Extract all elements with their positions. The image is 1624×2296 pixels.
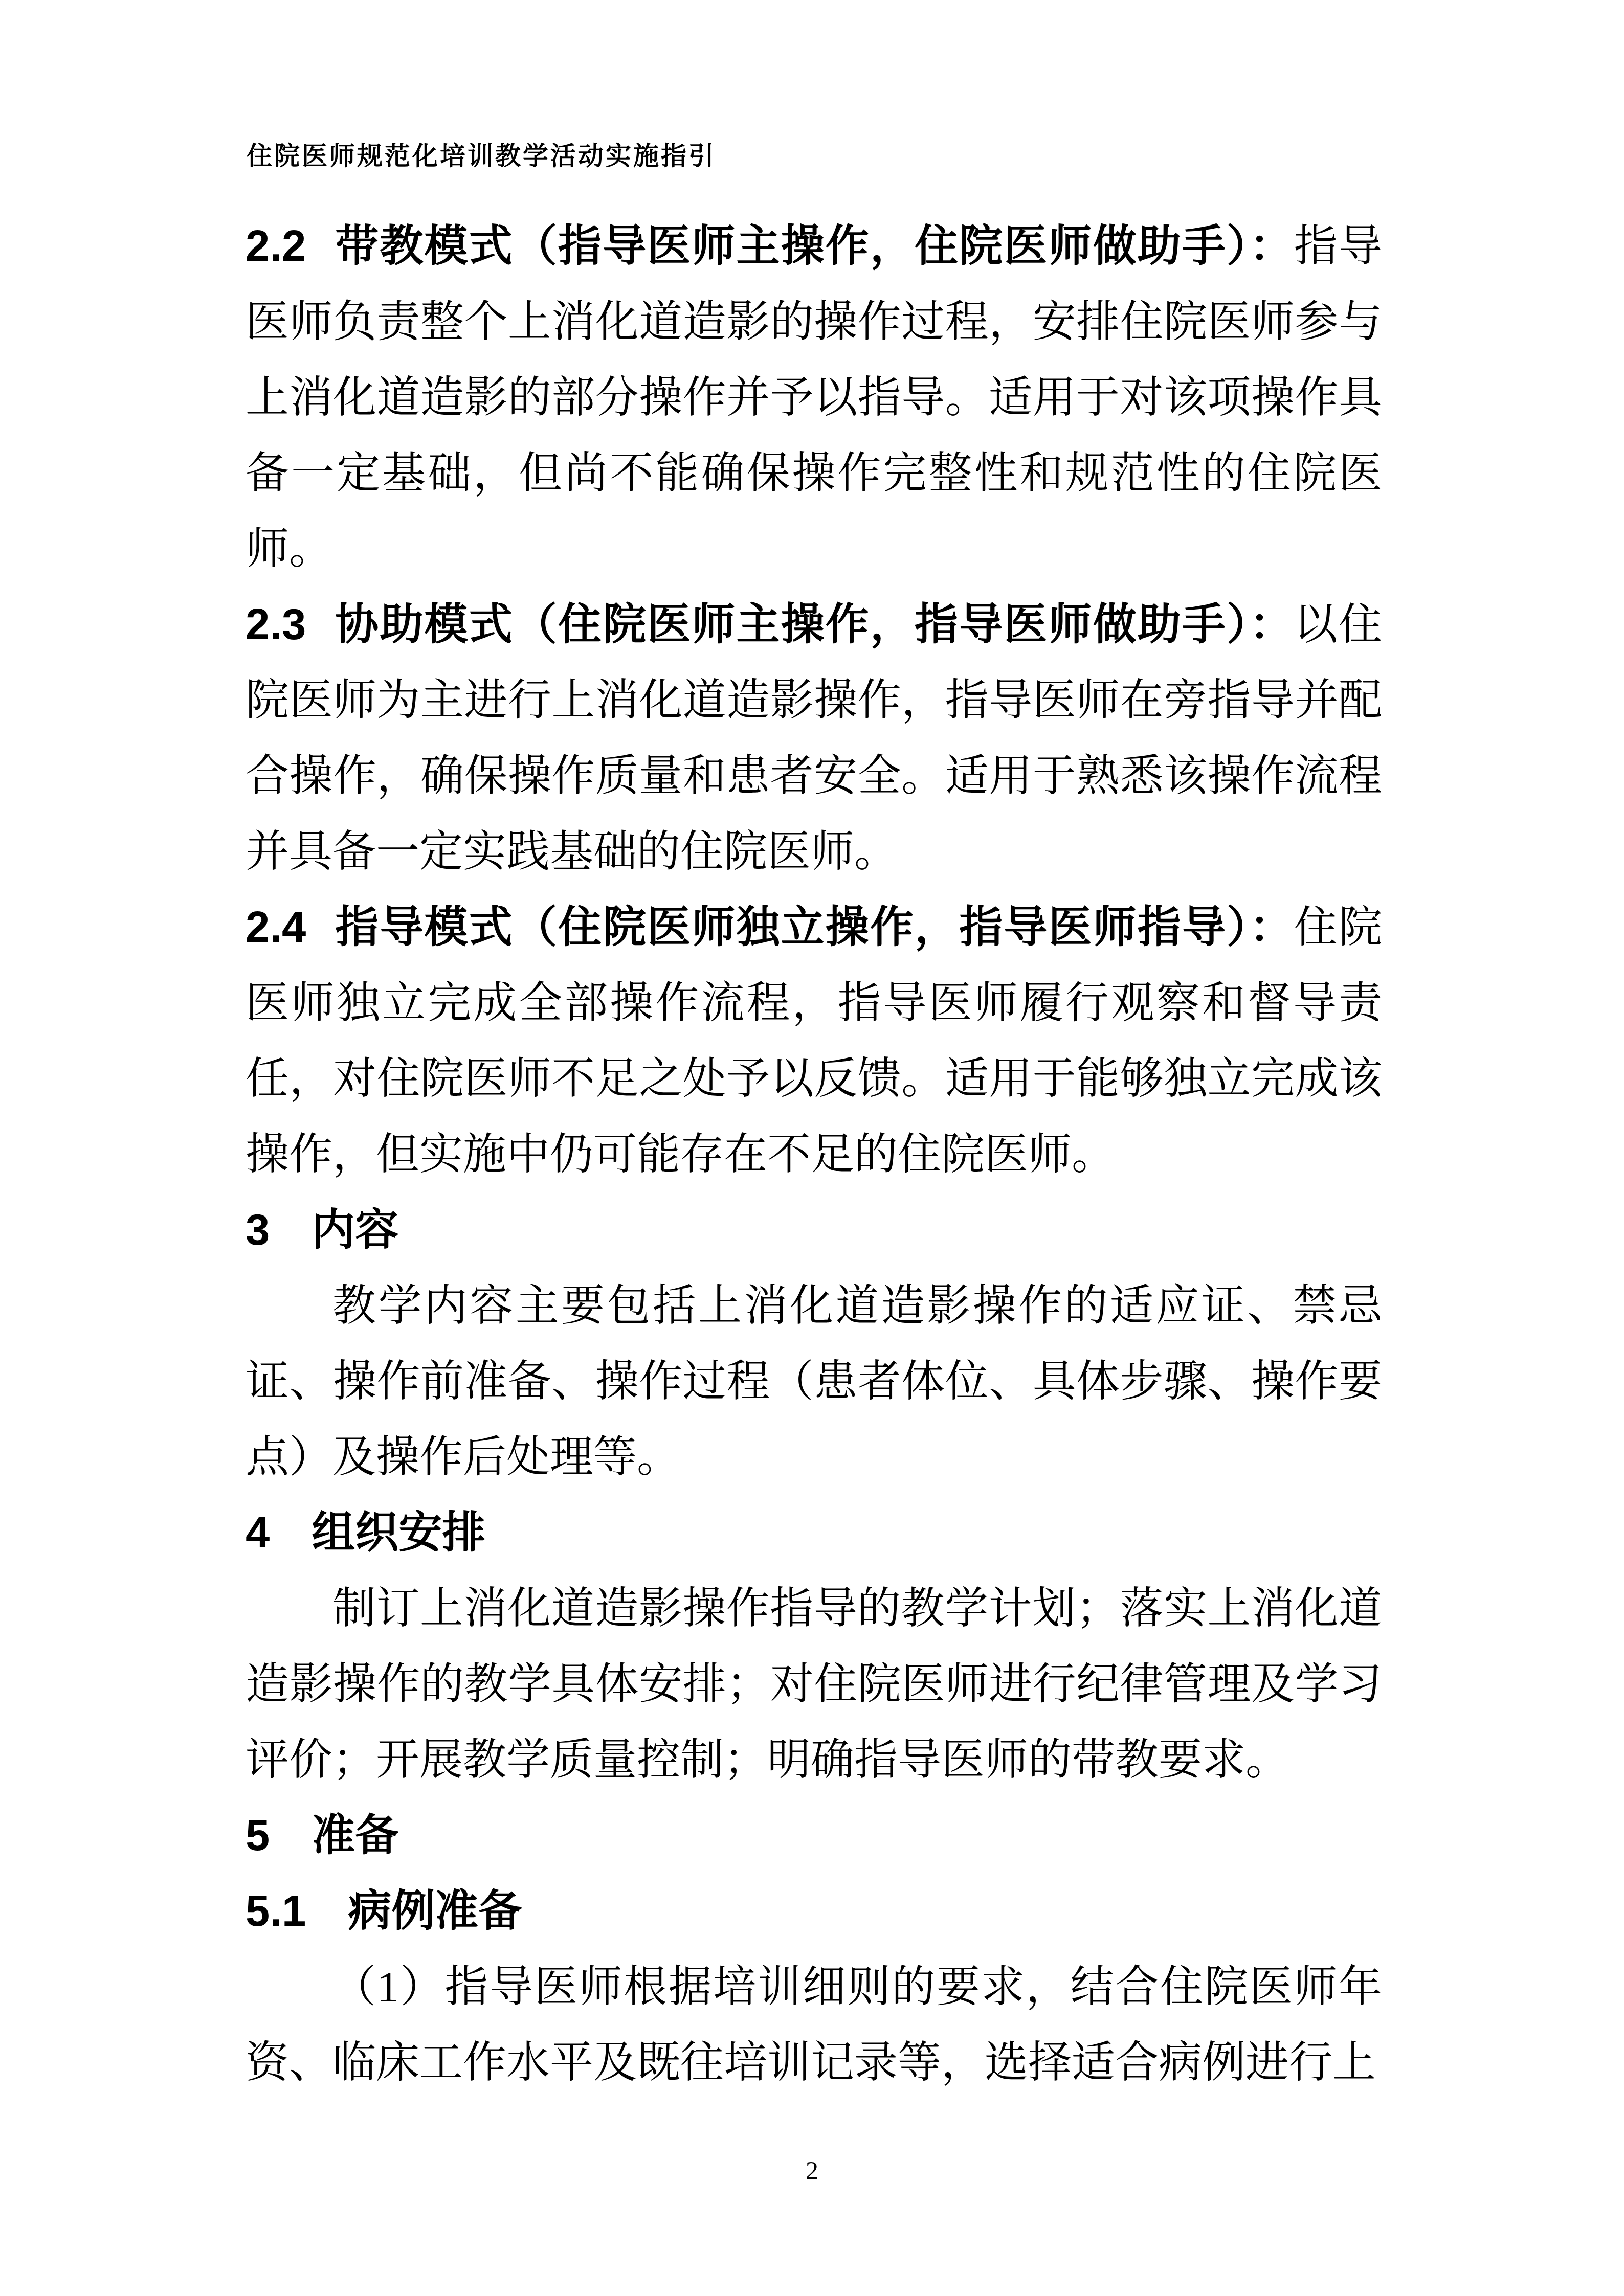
section-2-2: 2.2带教模式（指导医师主操作，住院医师做助手）：指导医师负责整个上消化道造影的… — [246, 209, 1382, 587]
section-number: 2.2 — [246, 222, 306, 271]
document-body: 2.2带教模式（指导医师主操作，住院医师做助手）：指导医师负责整个上消化道造影的… — [246, 209, 1382, 2101]
section-number: 2.3 — [246, 600, 306, 649]
running-header: 住院医师规范化培训教学活动实施指引 — [247, 141, 716, 171]
section-title: 组织安排 — [312, 1509, 485, 1557]
section-4-heading: 4组织安排 — [246, 1495, 1382, 1571]
section-title: 准备 — [312, 1811, 398, 1860]
document-page: 住院医师规范化培训教学活动实施指引 2.2带教模式（指导医师主操作，住院医师做助… — [0, 0, 1624, 2296]
section-5-1-paragraph: （1）指导医师根据培训细则的要求，结合住院医师年资、临床工作水平及既往培训记录等… — [246, 1949, 1382, 2101]
section-title: 指导模式（住院医师独立操作，指导医师指导）： — [334, 903, 1294, 952]
section-number: 5.1 — [246, 1887, 306, 1935]
section-2-4: 2.4指导模式（住院医师独立操作，指导医师指导）：住院医师独立完成全部操作流程，… — [246, 890, 1382, 1192]
section-number: 3 — [246, 1206, 270, 1254]
section-4-paragraph: 制订上消化道造影操作指导的教学计划；落实上消化道造影操作的教学具体安排；对住院医… — [246, 1571, 1382, 1798]
section-3-paragraph: 教学内容主要包括上消化道造影操作的适应证、禁忌证、操作前准备、操作过程（患者体位… — [246, 1268, 1382, 1495]
section-2-3: 2.3协助模式（住院医师主操作，指导医师做助手）：以住院医师为主进行上消化道造影… — [246, 587, 1382, 890]
section-title: 内容 — [312, 1206, 398, 1254]
section-number: 4 — [246, 1509, 270, 1557]
section-5-1-heading: 5.1病例准备 — [246, 1874, 1382, 1949]
section-title: 带教模式（指导医师主操作，住院医师做助手）： — [334, 222, 1294, 271]
section-body-text: 指导医师负责整个上消化道造影的操作过程，安排住院医师参与上消化道造影的部分操作并… — [246, 222, 1382, 573]
section-3-heading: 3内容 — [246, 1192, 1382, 1268]
section-number: 5 — [246, 1811, 270, 1860]
section-5-heading: 5准备 — [246, 1798, 1382, 1874]
section-title: 协助模式（住院医师主操作，指导医师做助手）： — [334, 600, 1294, 649]
section-number: 2.4 — [246, 903, 306, 952]
page-number: 2 — [0, 2155, 1624, 2186]
section-title: 病例准备 — [348, 1887, 522, 1935]
